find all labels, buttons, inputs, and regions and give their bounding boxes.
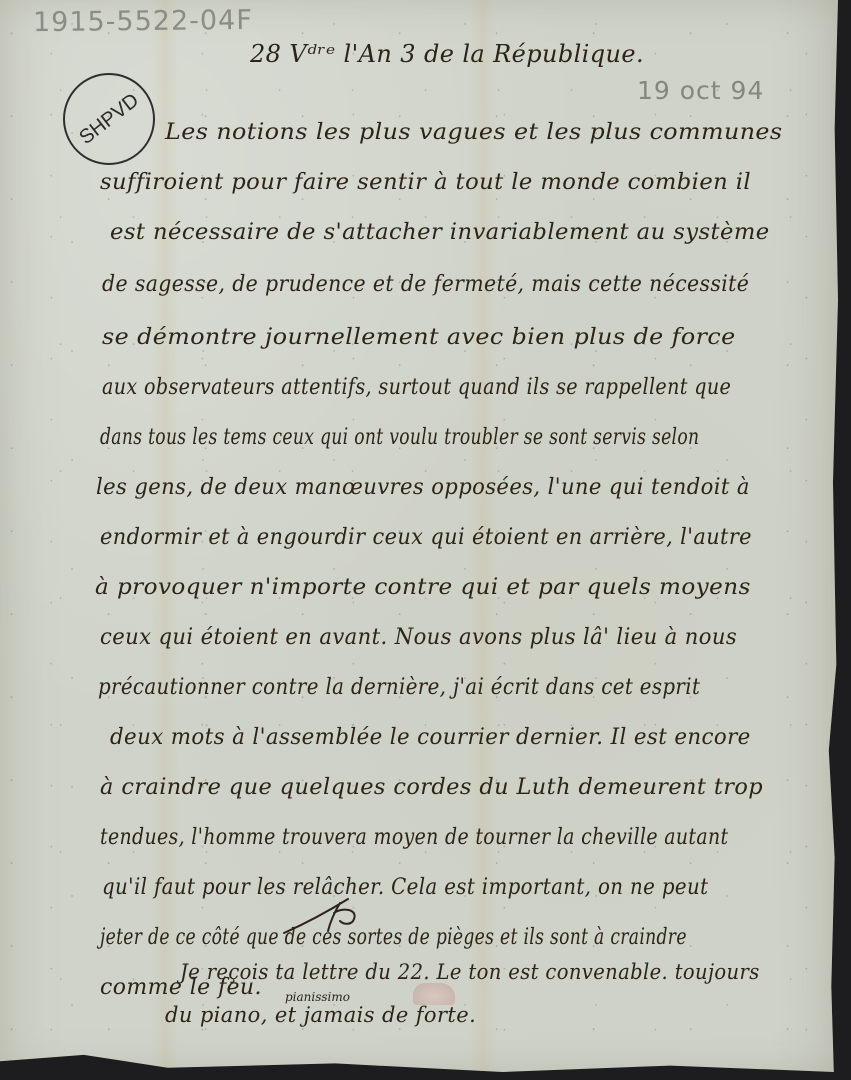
body-line: les gens, de deux manœuvres opposées, l'… <box>96 475 750 500</box>
body-line: deux mots à l'assemblée le courrier dern… <box>110 725 751 750</box>
interlinear-annotation: pianissimo <box>285 990 350 1004</box>
body-line: dans tous les tems ceux qui ont voulu tr… <box>100 425 699 450</box>
postscript-line: du piano, et jamais de forte. <box>165 1003 476 1027</box>
signature-flourish-icon <box>282 895 362 935</box>
body-line: se démontre journellement avec bien plus… <box>102 325 736 350</box>
body-line: Les notions les plus vagues et les plus … <box>165 120 783 145</box>
body-line: précautionner contre la dernière, j'ai é… <box>98 675 700 700</box>
body-line: tendues, l'homme trouvera moyen de tourn… <box>100 825 728 850</box>
manuscript-page: 1915-5522-04F SHPVD 28 Vᵈʳᵉ l'An 3 de la… <box>0 0 838 1072</box>
body-line: suffiroient pour faire sentir à tout le … <box>100 170 751 195</box>
body-line: ceux qui étoient en avant. Nous avons pl… <box>100 625 737 650</box>
body-line: de sagesse, de prudence et de fermeté, m… <box>102 272 749 297</box>
pencil-date: 19 oct 94 <box>637 76 764 105</box>
archive-stamp: SHPVD <box>63 73 155 165</box>
body-line: à craindre que quelques cordes du Luth d… <box>100 775 763 800</box>
stamp-label: SHPVD <box>75 89 143 150</box>
wax-seal-fragment <box>413 983 455 1005</box>
body-line: aux observateurs attentifs, surtout quan… <box>102 375 731 400</box>
body-line: endormir et à engourdir ceux qui étoient… <box>100 525 752 550</box>
postscript-line: Je reçois ta lettre du 22. Le ton est co… <box>180 960 760 984</box>
body-line: à provoquer n'importe contre qui et par … <box>95 575 751 600</box>
letter-dateline: 28 Vᵈʳᵉ l'An 3 de la République. <box>250 40 644 68</box>
archive-id: 1915-5522-04F <box>33 5 253 38</box>
body-line: jeter de ce côté que de ces sortes de pi… <box>100 925 687 950</box>
body-line: est nécessaire de s'attacher invariablem… <box>110 220 770 245</box>
body-line: qu'il faut pour les relâcher. Cela est i… <box>102 875 708 900</box>
